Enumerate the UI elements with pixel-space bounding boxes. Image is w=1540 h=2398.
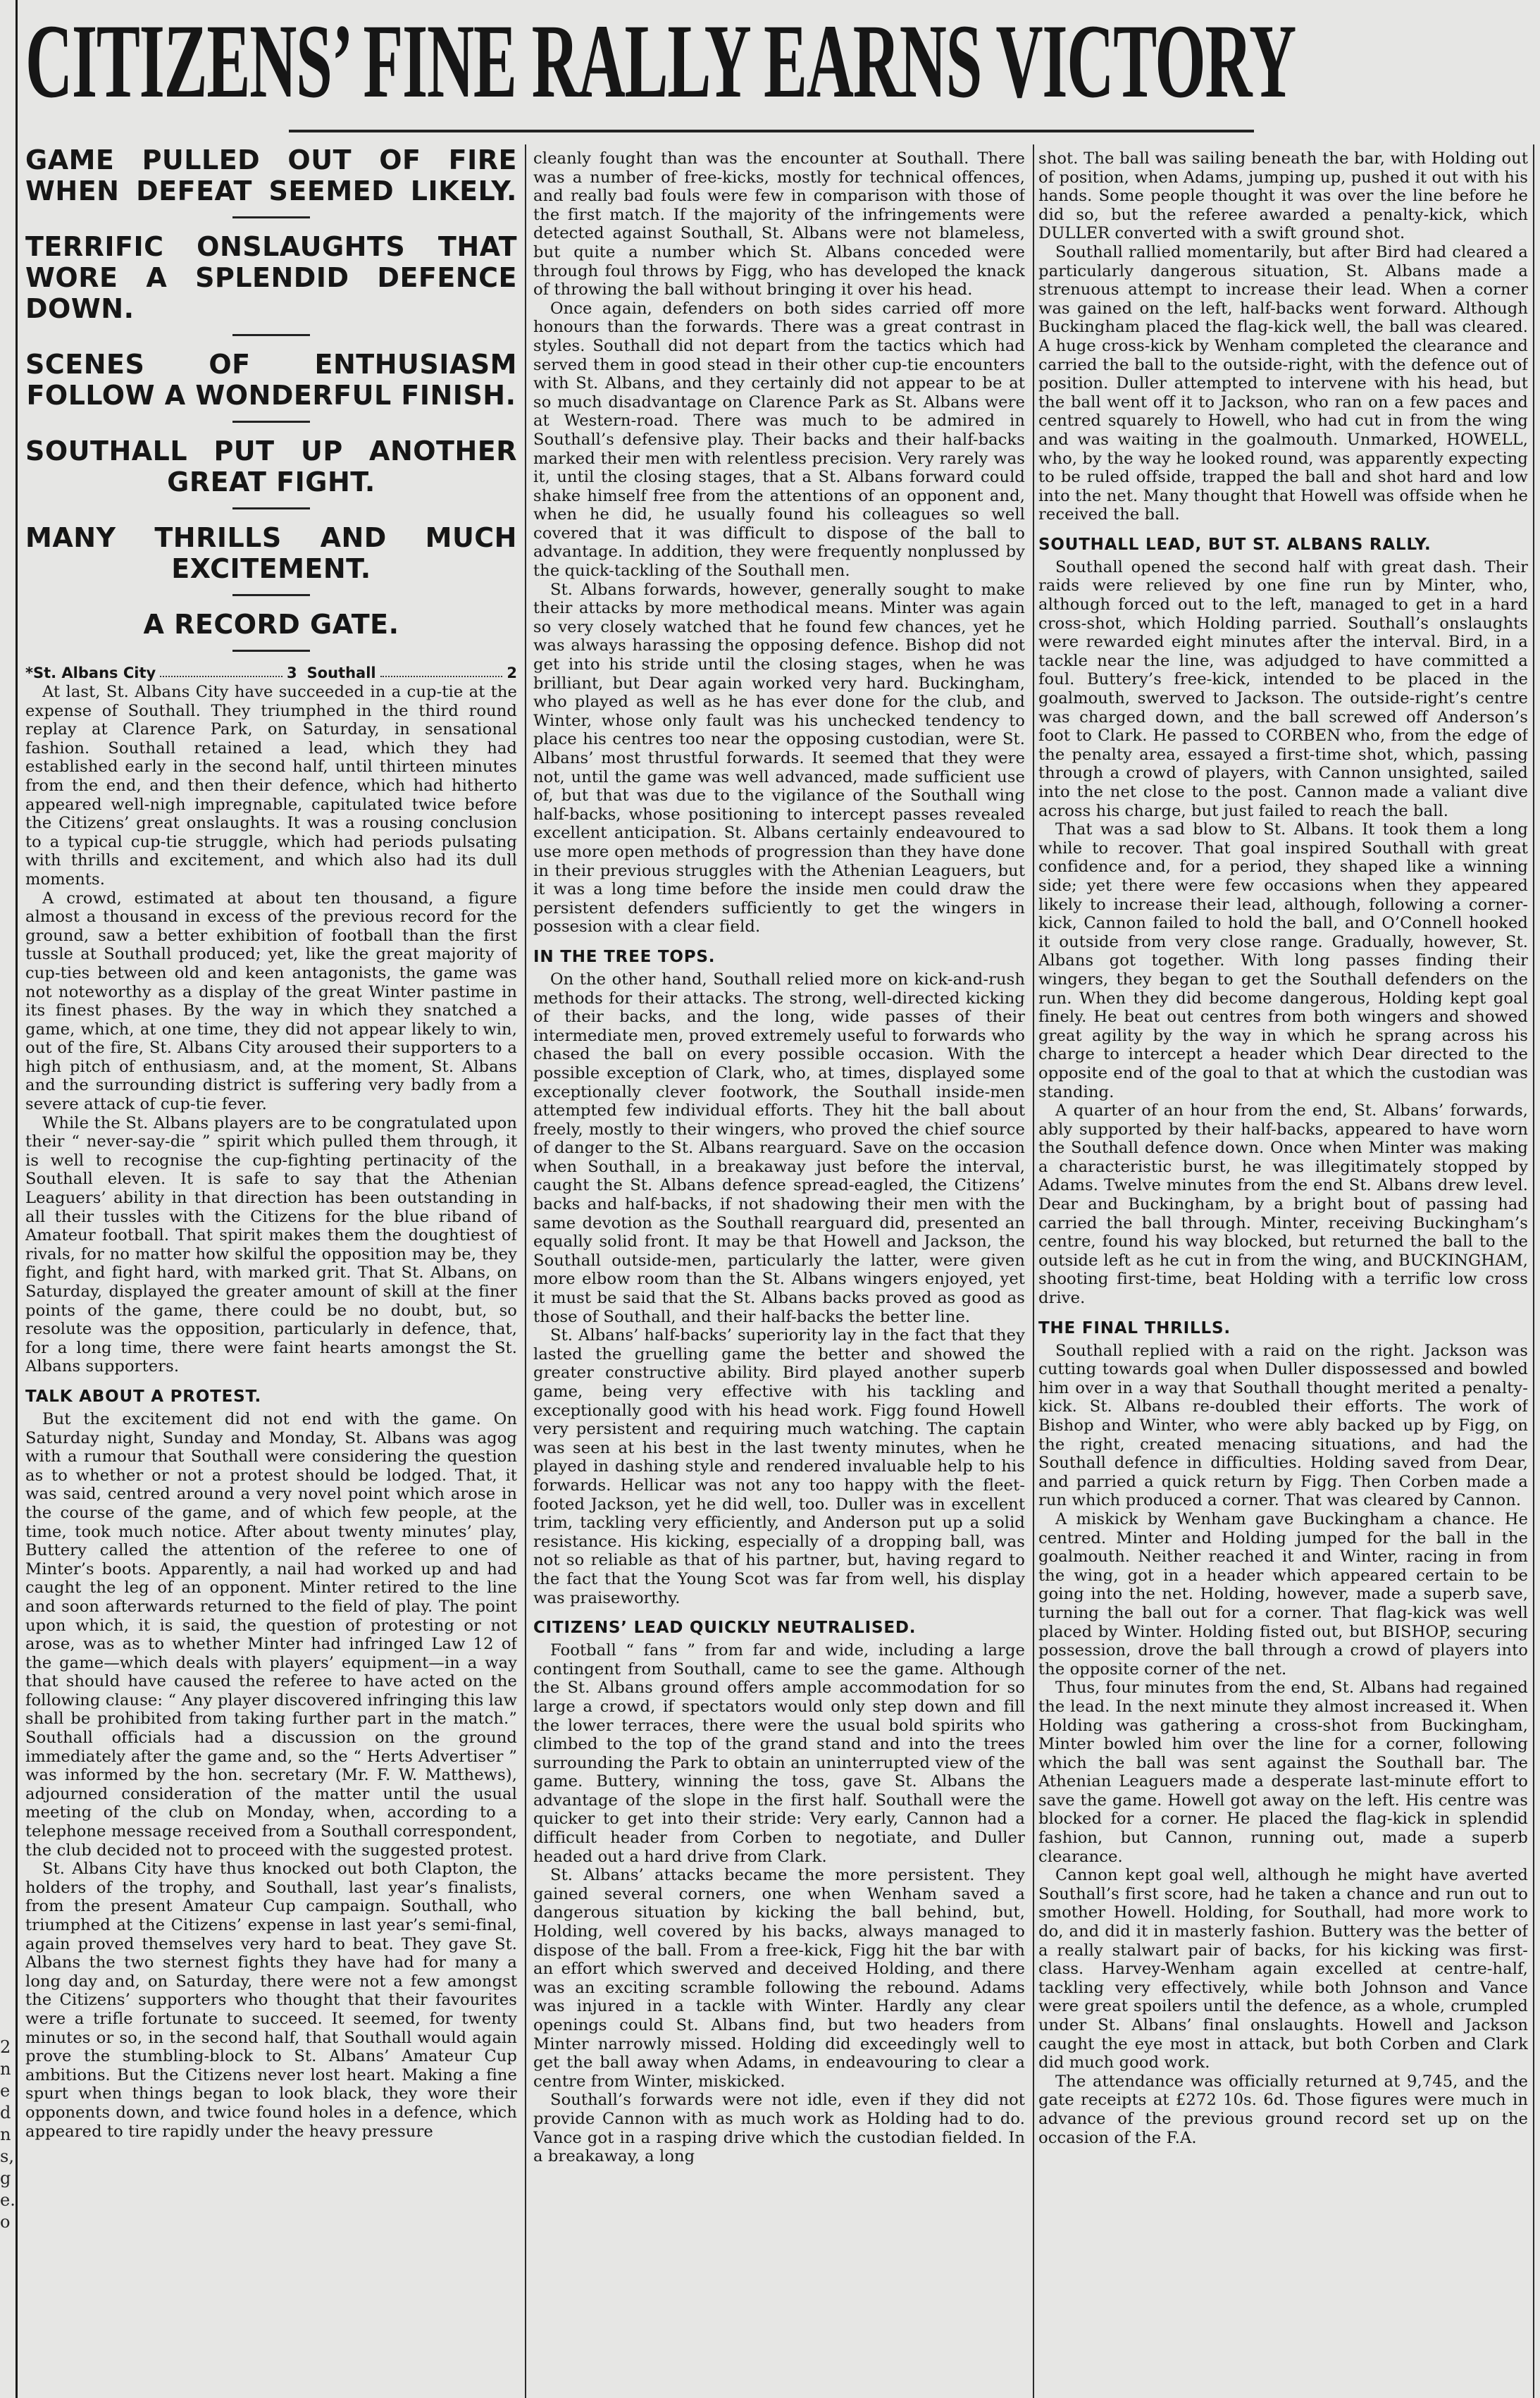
column-rule [1033,144,1034,2398]
deck-rule [232,594,310,596]
margin-fragment: o [0,2211,14,2233]
deck-rule [232,507,310,509]
paragraph: On the other hand, Southall relied more … [533,970,1025,1326]
paragraph: St. Albans forwards, however, generally … [533,581,1025,937]
paragraph: The attendance was officially returned a… [1038,2072,1528,2147]
paragraph: A miskick by Wenham gave Buckingham a ch… [1038,1510,1528,1679]
deck-1: GAME PULLED OUT OF FIRE WHEN DEFEAT SEEM… [25,144,517,206]
subhead-southall-lead: SOUTHALL LEAD, BUT ST. ALBANS RALLY. [1038,534,1528,555]
column-3-paragraphs: shot. The ball was sailing beneath the b… [1038,149,1528,524]
paragraph: Once again, defenders on both sides carr… [533,299,1025,581]
paragraph: Cannon kept goal well, although he might… [1038,1866,1528,2072]
margin-fragment: g [0,2168,14,2189]
column-2: cleanly fought than was the encounter at… [533,149,1025,2398]
column-3-paragraphs-3: Southall replied with a raid on the righ… [1038,1342,1528,2148]
deck-5: MANY THRILLS AND MUCH EXCITEMENT. [25,522,517,584]
column-2-paragraphs-3: Football “ fans ” from far and wide, inc… [533,1641,1025,2166]
page-edge-rule [15,0,18,2398]
subhead-final-thrills: THE FINAL THRILLS. [1038,1318,1528,1339]
deck-4: SOUTHALL PUT UP ANOTHER GREAT FIGHT. [25,435,517,497]
paragraph: Southall rallied momentarily, but after … [1038,243,1528,524]
deck-3: SCENES OF ENTHUSIASM FOLLOW A WONDERFUL … [25,349,517,411]
home-team: *St. Albans City [25,665,156,681]
margin-fragment: d [0,2102,14,2124]
paragraph: A quarter of an hour from the end, St. A… [1038,1101,1528,1308]
margin-fragment: s, [0,2146,14,2168]
column-3: shot. The ball was sailing beneath the b… [1038,149,1528,2398]
paragraph: While the St. Albans players are to be c… [25,1114,517,1376]
deck-2: TERRIFIC ONSLAUGHTS THAT WORE A SPLENDID… [25,231,517,324]
column-rule [1533,144,1534,2398]
deck-rule [232,216,310,218]
subhead-tree-tops: IN THE TREE TOPS. [533,946,1025,968]
deck-rule [232,650,310,652]
paragraph: Thus, four minutes from the end, St. Alb… [1038,1679,1528,1866]
leader-dots [380,665,503,677]
paragraph: Football “ fans ” from far and wide, inc… [533,1641,1025,1866]
paragraph: That was a sad blow to St. Albans. It to… [1038,820,1528,1101]
deck-rule [232,334,310,336]
paragraph: But the excitement did not end with the … [25,1410,517,1860]
column-1-paragraphs: At last, St. Albans City have succeeded … [25,683,517,1376]
paragraph: Southall replied with a raid on the righ… [1038,1342,1528,1510]
paragraph: Southall’s forwards were not idle, even … [533,2091,1025,2165]
margin-fragment: e. [0,2189,14,2211]
column-rule [525,144,526,2398]
subhead-protest: TALK ABOUT A PROTEST. [25,1386,517,1407]
paragraph: cleanly fought than was the encounter at… [533,149,1025,299]
headline-rule [289,130,1254,132]
away-score: 2 [507,665,517,681]
column-2-paragraphs: cleanly fought than was the encounter at… [533,149,1025,937]
paragraph: St. Albans’ attacks became the more pers… [533,1866,1025,2091]
subhead-lead-neutralised: CITIZENS’ LEAD QUICKLY NEUTRALISED. [533,1617,1025,1638]
home-score: 3 [287,665,297,681]
away-team: Southall [307,665,376,681]
column-3-paragraphs-2: Southall opened the second half with gre… [1038,558,1528,1308]
paragraph: shot. The ball was sailing beneath the b… [1038,149,1528,243]
deck-6: A RECORD GATE. [25,609,517,640]
paragraph: At last, St. Albans City have succeeded … [25,683,517,889]
margin-fragment: 2 [0,2037,14,2058]
deck-rule [232,421,310,423]
headline: CITIZENS’ FINE RALLY EARNS VICTORY [25,16,1528,107]
margin-fragment: n [0,2124,14,2146]
paragraph: Southall opened the second half with gre… [1038,558,1528,820]
leader-dots [160,665,282,677]
paragraph: St. Albans’ half-backs’ superiority lay … [533,1326,1025,1607]
adjacent-column-fragment: 2nedns,ge.o [0,2037,14,2233]
score-line: *St. Albans City 3 Southall 2 [25,665,517,681]
margin-fragment: e [0,2080,14,2102]
column-1-paragraphs-2: But the excitement did not end with the … [25,1410,517,2141]
column-2-paragraphs-2: On the other hand, Southall relied more … [533,970,1025,1607]
paragraph: A crowd, estimated at about ten thousand… [25,889,517,1114]
margin-fragment: n [0,2058,14,2080]
column-1: GAME PULLED OUT OF FIRE WHEN DEFEAT SEEM… [25,144,517,2398]
paragraph: St. Albans City have thus knocked out bo… [25,1860,517,2141]
